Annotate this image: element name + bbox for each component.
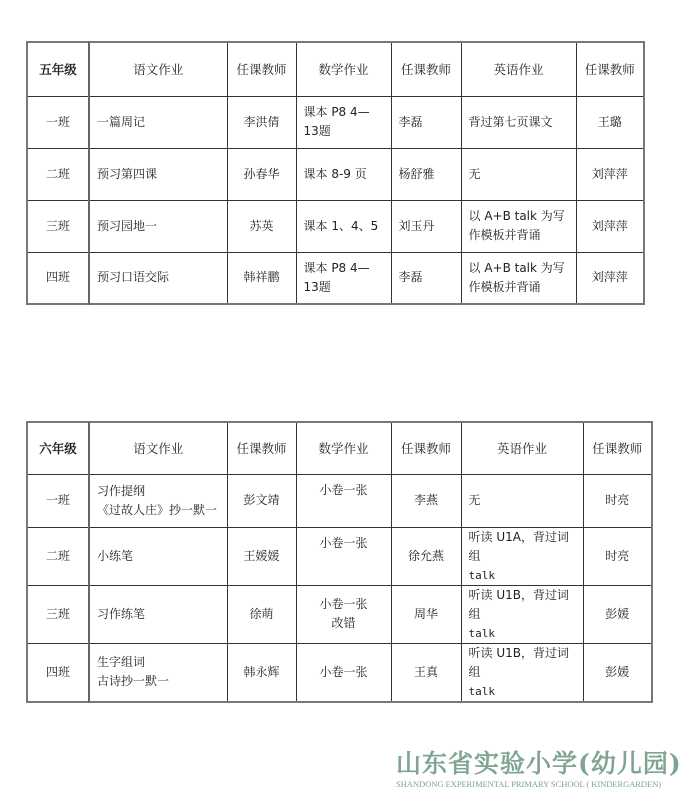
english-homework: 无 [461,474,583,527]
chinese-teacher: 李洪倩 [227,96,296,148]
class-name: 二班 [27,148,89,200]
math-homework: 课本 P8 4—13题 [296,252,391,304]
chinese-homework: 预习园地一 [89,200,227,252]
chinese-homework-line2: 古诗抄一默一 [97,672,220,691]
chinese-homework: 一篇周记 [89,96,227,148]
chinese-teacher: 韩永辉 [227,643,296,702]
class-name: 四班 [27,643,89,702]
math-homework: 小卷一张 [296,527,391,585]
english-homework: 无 [461,148,576,200]
math-homework: 小卷一张 [296,474,391,527]
class-name: 一班 [27,96,89,148]
english-homework-line2: talk [469,566,576,585]
math-teacher: 刘玉丹 [391,200,461,252]
class-name: 二班 [27,527,89,585]
math-teacher: 周华 [391,585,461,643]
grade-label: 六年级 [27,422,89,474]
english-teacher: 刘萍萍 [576,252,644,304]
chinese-homework: 生字组词 古诗抄一默一 [89,643,227,702]
table-row: 二班 预习第四课 孙春华 课本 8-9 页 杨舒雅 无 刘萍萍 [27,148,644,200]
header-english-teacher: 任课教师 [583,422,652,474]
english-homework-line1: 听读 U1B，背过词组 [469,644,576,682]
english-homework: 听读 U1B，背过词组 talk [461,585,583,643]
chinese-teacher: 韩祥鹏 [227,252,296,304]
chinese-teacher: 彭文靖 [227,474,296,527]
grade6-homework-table: 六年级 语文作业 任课教师 数学作业 任课教师 英语作业 任课教师 一班 习作提… [26,421,653,703]
math-homework-line1: 小卷一张 [304,595,384,614]
table-header-row: 五年级 语文作业 任课教师 数学作业 任课教师 英语作业 任课教师 [27,42,644,96]
english-teacher: 时亮 [583,474,652,527]
class-name: 三班 [27,200,89,252]
english-teacher: 时亮 [583,527,652,585]
table-header-row: 六年级 语文作业 任课教师 数学作业 任课教师 英语作业 任课教师 [27,422,652,474]
school-name-english: SHANDONG EXPERIMENTAL PRIMARY SCHOOL ( K… [396,779,695,789]
header-chinese-homework: 语文作业 [89,422,227,474]
english-homework-line1: 听读 U1B，背过词组 [469,586,576,624]
header-english-homework: 英语作业 [461,42,576,96]
table-row: 一班 习作提纲 《过故人庄》抄一默一 彭文靖 小卷一张 李燕 无 时亮 [27,474,652,527]
header-math-homework: 数学作业 [296,42,391,96]
math-teacher: 徐允燕 [391,527,461,585]
header-math-teacher: 任课教师 [391,42,461,96]
header-math-homework: 数学作业 [296,422,391,474]
english-homework: 以 A+B talk 为写作模板并背诵 [461,252,576,304]
table-row: 四班 预习口语交际 韩祥鹏 课本 P8 4—13题 李磊 以 A+B talk … [27,252,644,304]
math-homework: 课本 1、4、5 [296,200,391,252]
chinese-homework-line1: 生字组词 [97,653,220,672]
class-name: 三班 [27,585,89,643]
chinese-homework: 习作提纲 《过故人庄》抄一默一 [89,474,227,527]
chinese-homework: 小练笔 [89,527,227,585]
english-teacher: 刘萍萍 [576,200,644,252]
school-name-chinese: 山东省实验小学(幼儿园) [396,748,695,780]
math-homework: 课本 P8 4—13题 [296,96,391,148]
math-homework-line1: 小卷一张 [304,534,384,553]
english-homework: 背过第七页课文 [461,96,576,148]
class-name: 一班 [27,474,89,527]
math-teacher: 李燕 [391,474,461,527]
math-homework: 小卷一张 改错 [296,585,391,643]
english-homework: 听读 U1A，背过词组 talk [461,527,583,585]
header-chinese-homework: 语文作业 [89,42,227,96]
math-homework: 课本 8-9 页 [296,148,391,200]
english-homework-line2: talk [469,624,576,643]
chinese-teacher: 徐萌 [227,585,296,643]
table-row: 二班 小练笔 王媛媛 小卷一张 徐允燕 听读 U1A，背过词组 talk 时亮 [27,527,652,585]
english-homework-line1: 听读 U1A，背过词组 [469,528,576,566]
table-row: 三班 习作练笔 徐萌 小卷一张 改错 周华 听读 U1B，背过词组 talk 彭… [27,585,652,643]
chinese-homework: 预习口语交际 [89,252,227,304]
header-english-teacher: 任课教师 [576,42,644,96]
english-teacher: 王璐 [576,96,644,148]
table-row: 四班 生字组词 古诗抄一默一 韩永辉 小卷一张 王真 听读 U1B，背过词组 t… [27,643,652,702]
table-row: 一班 一篇周记 李洪倩 课本 P8 4—13题 李磊 背过第七页课文 王璐 [27,96,644,148]
chinese-homework-line1: 习作提纲 [97,482,220,501]
grade-label: 五年级 [27,42,89,96]
english-homework: 以 A+B talk 为写作模板并背诵 [461,200,576,252]
english-homework-line2: talk [469,682,576,701]
table-row: 三班 预习园地一 苏英 课本 1、4、5 刘玉丹 以 A+B talk 为写作模… [27,200,644,252]
chinese-teacher: 王媛媛 [227,527,296,585]
english-teacher: 刘萍萍 [576,148,644,200]
math-homework: 小卷一张 [296,643,391,702]
math-homework-line2: 改错 [304,614,384,633]
class-name: 四班 [27,252,89,304]
school-logo: 山东省实验小学(幼儿园) SHANDONG EXPERIMENTAL PRIMA… [396,748,695,789]
math-teacher: 李磊 [391,252,461,304]
english-homework: 听读 U1B，背过词组 talk [461,643,583,702]
english-teacher: 彭媛 [583,585,652,643]
english-teacher: 彭媛 [583,643,652,702]
math-teacher: 王真 [391,643,461,702]
chinese-homework: 习作练笔 [89,585,227,643]
math-teacher: 李磊 [391,96,461,148]
header-english-homework: 英语作业 [461,422,583,474]
chinese-homework-line2: 《过故人庄》抄一默一 [97,501,220,520]
chinese-teacher: 孙春华 [227,148,296,200]
math-teacher: 杨舒雅 [391,148,461,200]
header-chinese-teacher: 任课教师 [227,422,296,474]
header-math-teacher: 任课教师 [391,422,461,474]
chinese-teacher: 苏英 [227,200,296,252]
header-chinese-teacher: 任课教师 [227,42,296,96]
math-homework-line1: 小卷一张 [304,481,384,500]
chinese-homework: 预习第四课 [89,148,227,200]
grade5-homework-table: 五年级 语文作业 任课教师 数学作业 任课教师 英语作业 任课教师 一班 一篇周… [26,41,645,305]
